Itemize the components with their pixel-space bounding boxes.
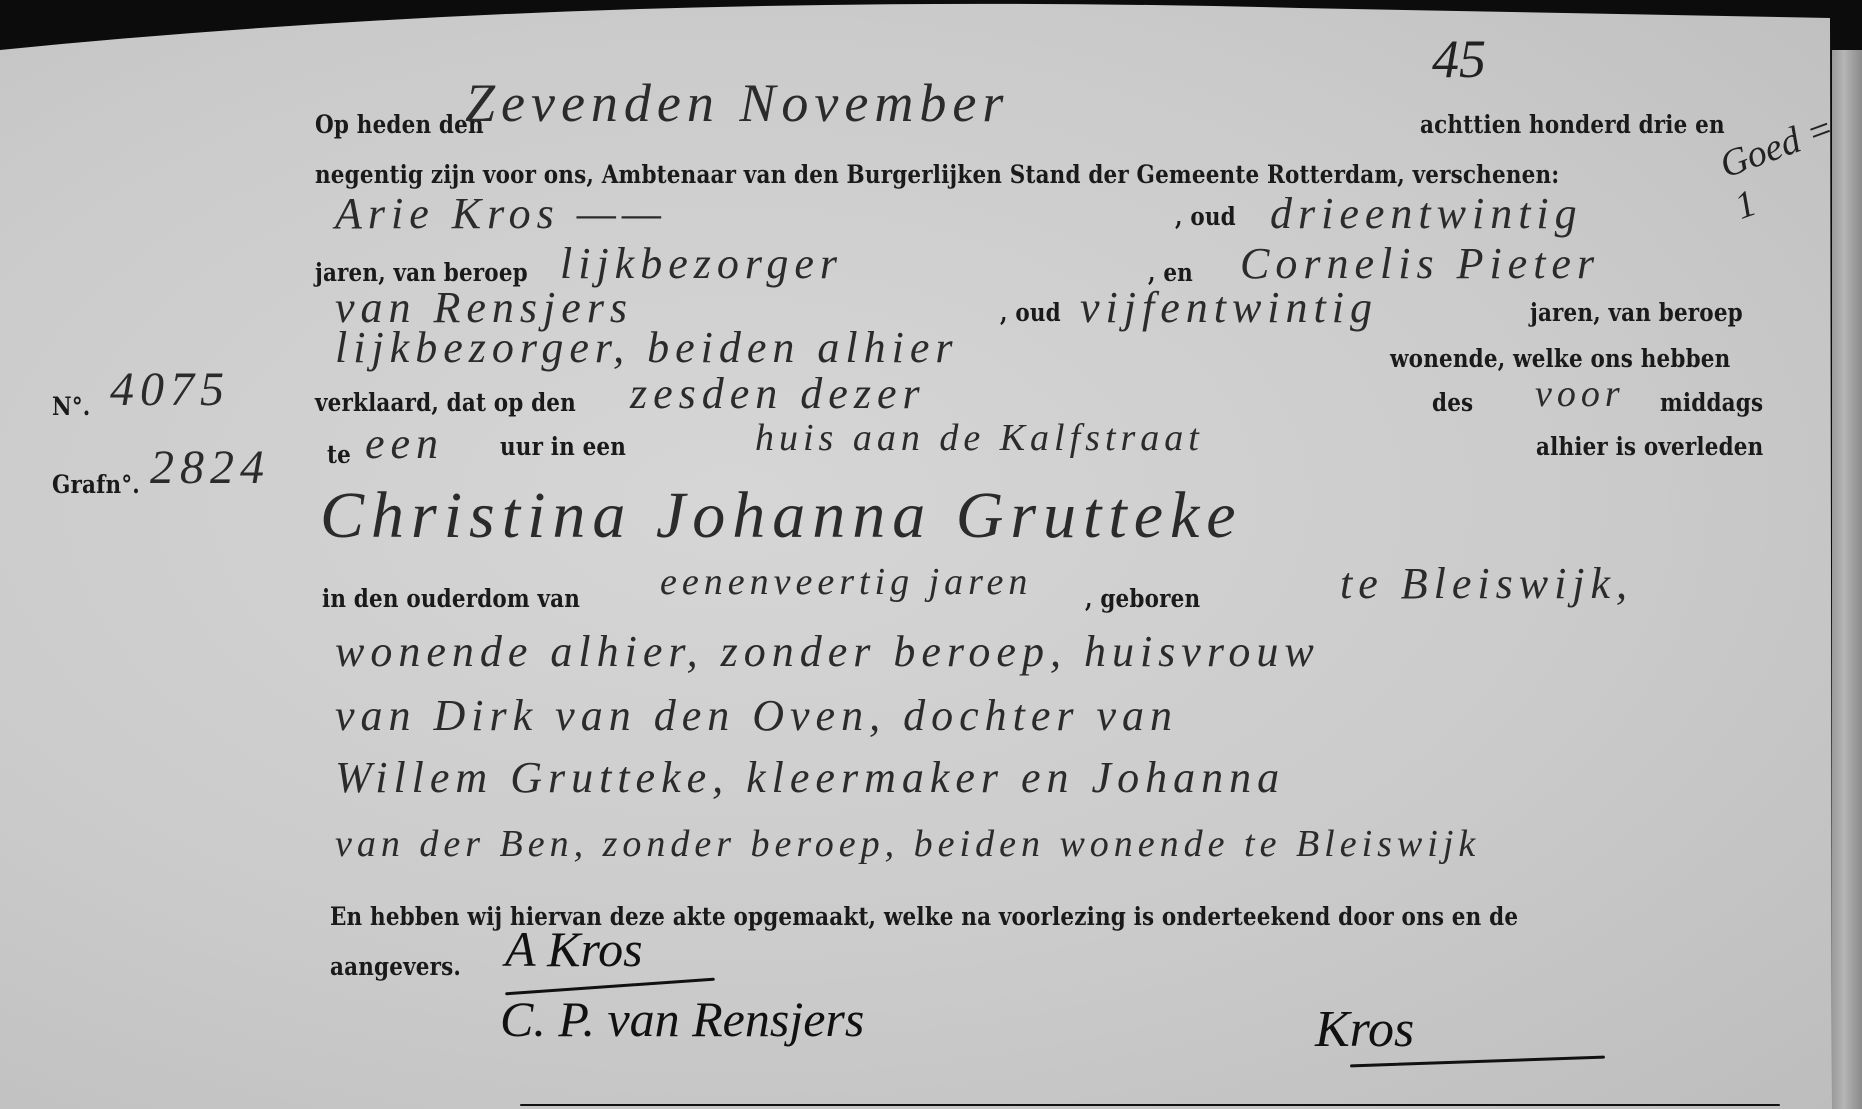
print-text: achttien honderd drie en xyxy=(1420,110,1725,139)
print-text: negentig zijn voor ons, Ambtenaar van de… xyxy=(315,160,1559,189)
signature-declarant-2: C. P. van Rensjers xyxy=(500,990,864,1048)
handwritten-hour: een xyxy=(365,418,444,469)
print-text: , oud xyxy=(1000,298,1061,327)
print-text: alhier is overleden xyxy=(1536,432,1763,461)
handwritten-age-deceased: eenenveertig jaren xyxy=(660,560,1032,604)
handwritten-occupation: lijkbezorger, beiden alhier xyxy=(335,322,959,373)
print-text: des xyxy=(1432,388,1473,417)
signature-declarant-1: A Kros xyxy=(505,920,643,978)
number-value: 4075 xyxy=(110,362,230,417)
print-text: te xyxy=(327,440,351,469)
number-label: N°. xyxy=(52,392,90,421)
handwritten-residence: wonende alhier, zonder beroep, huisvrouw xyxy=(335,626,1320,677)
handwritten-mother: van der Ben, zonder beroep, beiden wonen… xyxy=(335,822,1480,866)
signature-official: Kros xyxy=(1315,1000,1414,1059)
grave-number-label: Grafn°. xyxy=(52,470,140,499)
handwritten-age: drieentwintig xyxy=(1270,188,1583,239)
handwritten-date: Zevenden November xyxy=(465,72,1009,134)
handwritten-deceased-name: Christina Johanna Grutteke xyxy=(320,478,1243,554)
handwritten-time-of-day: voor xyxy=(1535,372,1625,416)
handwritten-declarant-1: Arie Kros —— xyxy=(335,188,667,239)
print-text: wonende, welke ons hebben xyxy=(1390,344,1730,373)
page-number: 45 xyxy=(1432,28,1486,90)
print-text: in den ouderdom van xyxy=(322,584,580,613)
handwritten-birthplace: te Bleiswijk, xyxy=(1340,558,1633,609)
print-text: verklaard, dat op den xyxy=(315,388,576,417)
print-text: , oud xyxy=(1175,202,1236,231)
grave-number-value: 2824 xyxy=(150,440,270,495)
next-page-edge xyxy=(1832,50,1862,1109)
print-text: uur in een xyxy=(500,432,626,461)
bottom-rule xyxy=(520,1104,1780,1106)
handwritten-spouse: van Dirk van den Oven, dochter van xyxy=(335,690,1178,741)
handwritten-age: vijfentwintig xyxy=(1080,282,1378,333)
print-text: Op heden den xyxy=(315,110,484,139)
print-text: aangevers. xyxy=(330,952,461,981)
print-text: , geboren xyxy=(1085,584,1200,613)
handwritten-date-of-death: zesden dezer xyxy=(630,368,926,419)
print-text: jaren, van beroep xyxy=(1530,298,1743,327)
handwritten-location: huis aan de Kalfstraat xyxy=(755,416,1204,460)
print-text: middags xyxy=(1660,388,1763,417)
handwritten-father: Willem Grutteke, kleermaker en Johanna xyxy=(335,752,1285,803)
